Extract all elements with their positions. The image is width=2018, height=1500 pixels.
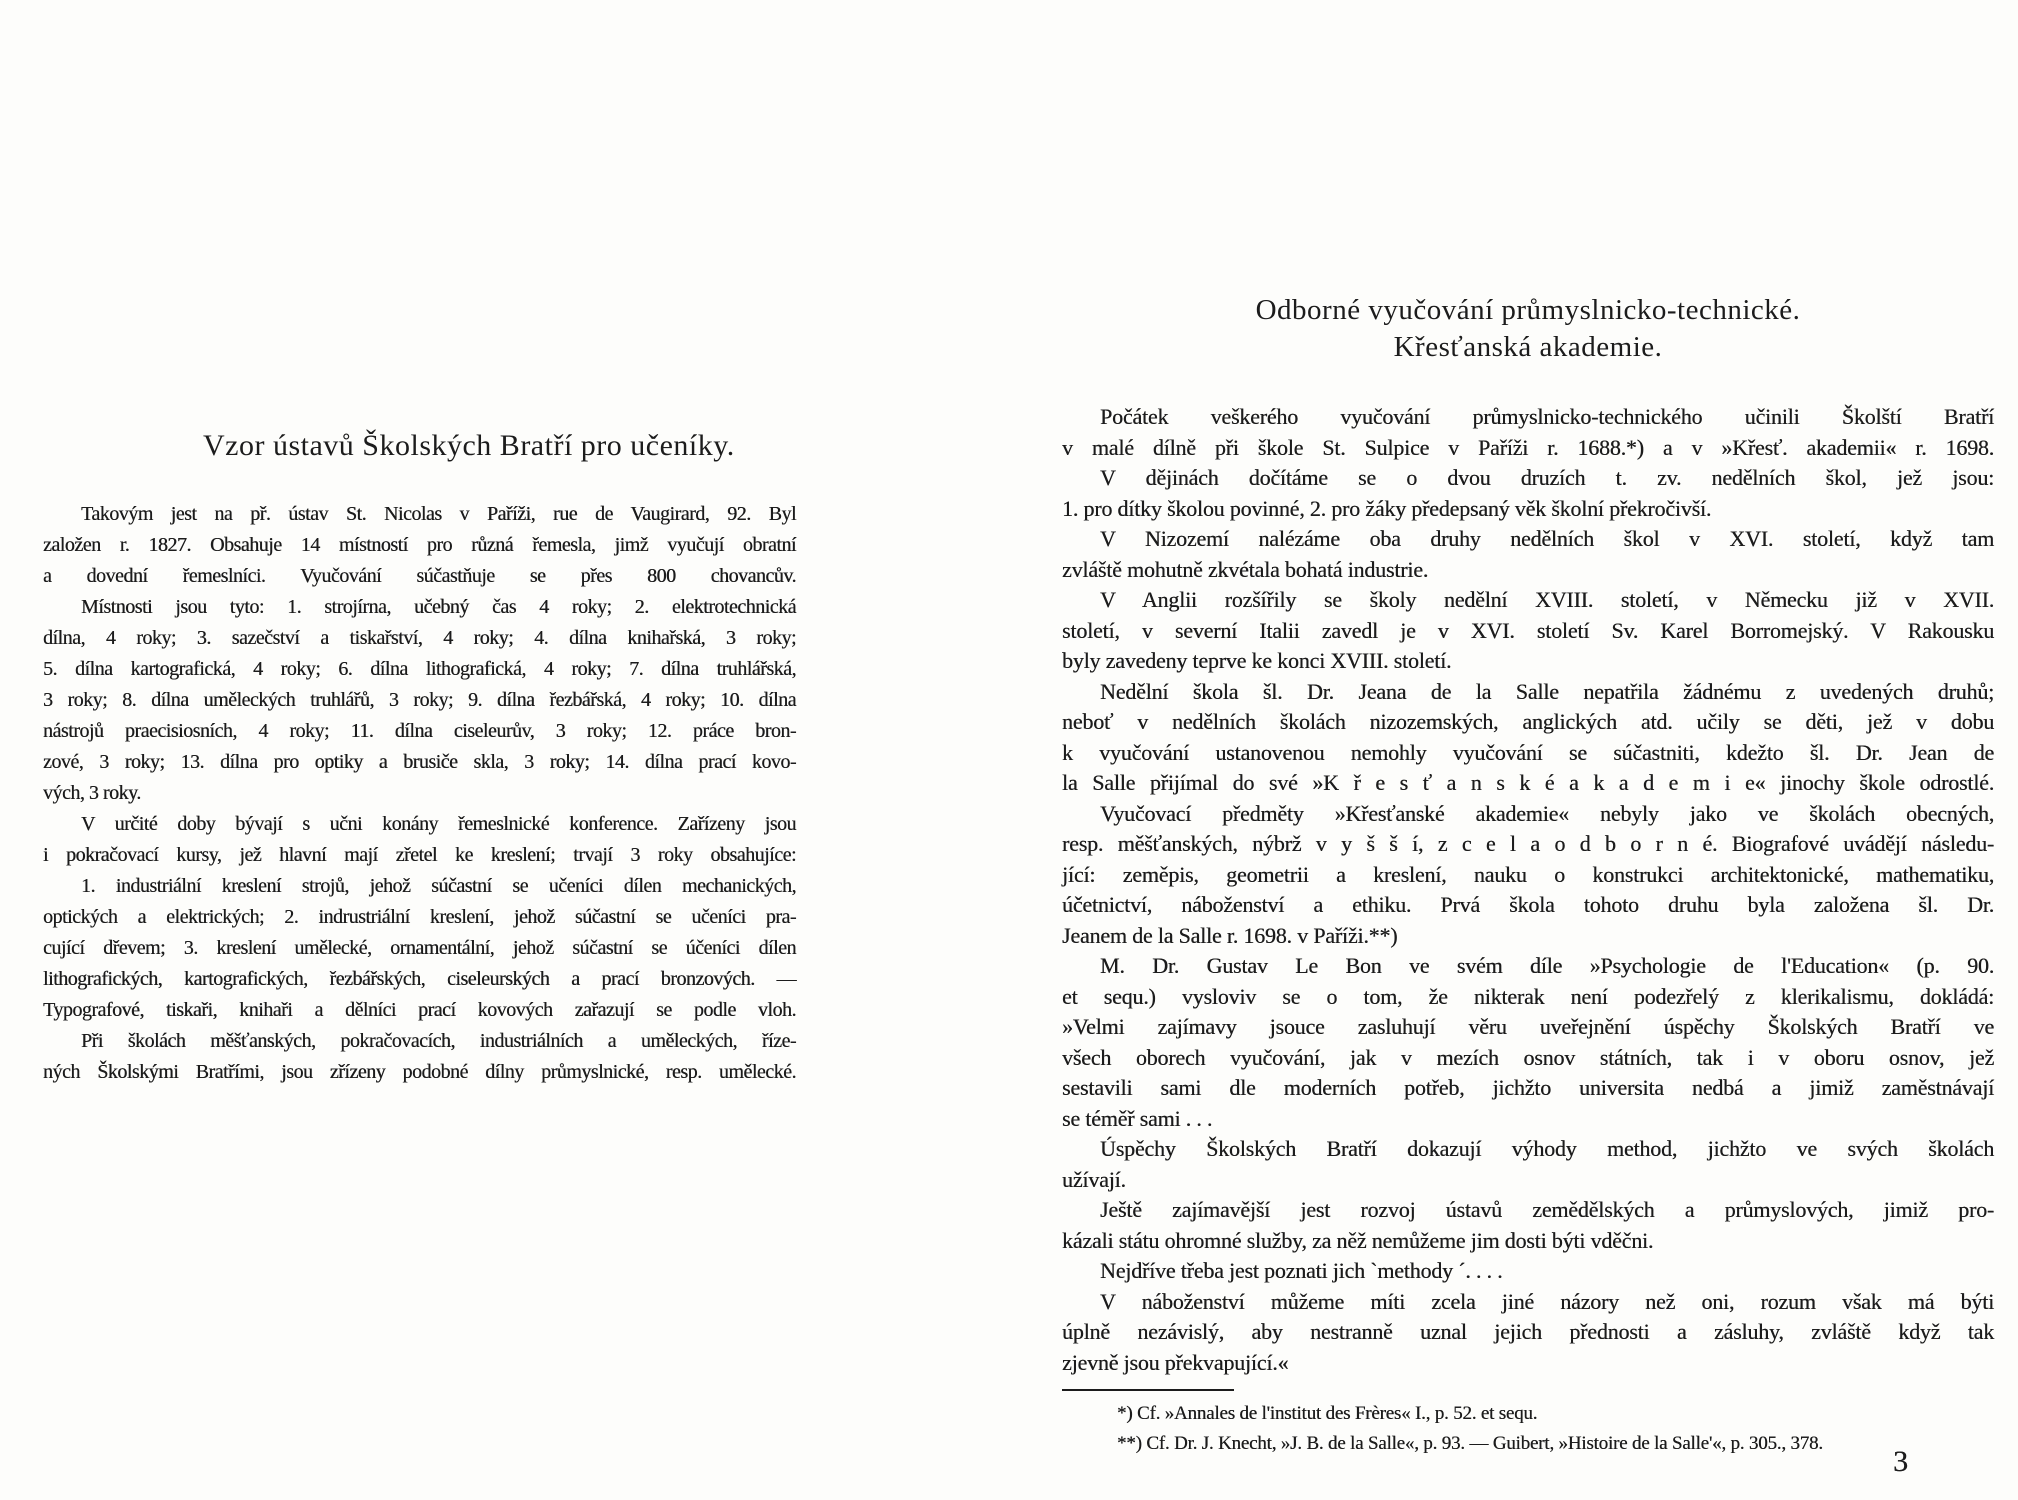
footnotes: *) Cf. »Annales de l'institut des Frères… <box>1062 1399 2002 1458</box>
right-column-text-line: k vyučování ustanovenou nemohly vyučován… <box>1062 738 1994 769</box>
right-column-text-line: Nejdříve třeba jest poznati jich `method… <box>1062 1256 1994 1287</box>
footnote-line: **) Cf. Dr. J. Knecht, »J. B. de la Sall… <box>1062 1429 2002 1459</box>
right-column-text-line: Úspěchy Školských Bratří dokazují výhody… <box>1062 1134 1994 1165</box>
right-column-text-line: jící: zeměpis, geometrii a kreslení, nau… <box>1062 860 1994 891</box>
left-column-text-line: zové, 3 roky; 13. dílna pro optiky a bru… <box>43 747 796 778</box>
right-column-text-line: V Nizozemí nalézáme oba druhy nedělních … <box>1062 524 1994 555</box>
right-column-text-line: Jeanem de la Salle r. 1698. v Paříži.**) <box>1062 921 1994 952</box>
right-column-text-line: úplně nezávislý, aby nestranně uznal jej… <box>1062 1317 1994 1348</box>
right-column-text-line: »Velmi zajímavy jsouce zasluhují věru uv… <box>1062 1012 1994 1043</box>
right-column-text-line: Počátek veškerého vyučování průmyslnicko… <box>1062 402 1994 433</box>
left-column-text-line: 5. dílna kartografická, 4 roky; 6. dílna… <box>43 654 796 685</box>
scanned-book-page: Vzor ústavů Školských Bratří pro učeníky… <box>0 0 2018 1500</box>
left-column-text-line: vých, 3 roky. <box>43 778 796 809</box>
left-column-heading: Vzor ústavů Školských Bratří pro učeníky… <box>203 428 735 464</box>
right-column-text-line: V Anglii rozšířily se školy nedělní XVII… <box>1062 585 1994 616</box>
right-column-text-line: Vyučovací předměty »Křesťanské akademie«… <box>1062 799 1994 830</box>
left-column-text-line: cující dřevem; 3. kreslení umělecké, orn… <box>43 933 796 964</box>
right-column-text-line: M. Dr. Gustav Le Bon ve svém díle »Psych… <box>1062 951 1994 982</box>
right-column-text-line: neboť v nedělních školách nizozemských, … <box>1062 707 1994 738</box>
right-column-text-line: všech oborech vyučování, jak v mezích os… <box>1062 1043 1994 1074</box>
right-column-text-line: V náboženství můžeme míti zcela jiné náz… <box>1062 1287 1994 1318</box>
left-column-text-line: lithografických, kartografických, řezbář… <box>43 964 796 995</box>
right-column-body: Počátek veškerého vyučování průmyslnicko… <box>1062 402 1994 1378</box>
right-column-text-line: zvláště mohutně zkvétala bohatá industri… <box>1062 555 1994 586</box>
right-column-text-line: účetnictví, náboženství a ethiku. Prvá š… <box>1062 890 1994 921</box>
right-column-text-line: la Salle přijímal do své »K ř e s ť a n … <box>1062 768 1994 799</box>
left-column-text-line: dílna, 4 roky; 3. sazečství a tiskařství… <box>43 623 796 654</box>
right-column-text-line: et sequ.) vysloviv se o tom, že nikterak… <box>1062 982 1994 1013</box>
footnote-line: *) Cf. »Annales de l'institut des Frères… <box>1062 1399 2002 1429</box>
left-column-text-line: Místnosti jsou tyto: 1. strojírna, učebn… <box>43 592 796 623</box>
page-number: 3 <box>1893 1446 1908 1478</box>
footnote-separator-rule <box>1062 1389 1234 1391</box>
left-column-text-line: a dovední řemeslníci. Vyučování súčastňu… <box>43 561 796 592</box>
right-column-text-line: Ještě zajímavější jest rozvoj ústavů zem… <box>1062 1195 1994 1226</box>
right-column-heading: Odborné vyučování průmyslnicko-technické… <box>1062 292 1994 366</box>
right-column-text-line: v malé dílně při škole St. Sulpice v Pař… <box>1062 433 1994 464</box>
right-column-text-line: V dějinách dočítáme se o dvou druzích t.… <box>1062 463 1994 494</box>
right-heading-line-2: Křesťanská akademie. <box>1062 329 1994 366</box>
right-column-text-line: Nedělní škola šl. Dr. Jeana de la Salle … <box>1062 677 1994 708</box>
right-column-text-line: 1. pro dítky školou povinné, 2. pro žáky… <box>1062 494 1994 525</box>
left-column-text-line: založen r. 1827. Obsahuje 14 místností p… <box>43 530 796 561</box>
left-column-text-line: i pokračovací kursy, jež hlavní mají zře… <box>43 840 796 871</box>
right-column-text-line: sestavili sami dle moderních potřeb, jic… <box>1062 1073 1994 1104</box>
right-heading-line-1: Odborné vyučování průmyslnicko-technické… <box>1062 292 1994 329</box>
right-column-text-line: byly zavedeny teprve ke konci XVIII. sto… <box>1062 646 1994 677</box>
left-column-body: Takovým jest na př. ústav St. Nicolas v … <box>43 499 796 1088</box>
right-column-text-line: kázali státu ohromné služby, za něž nemů… <box>1062 1226 1994 1257</box>
left-column-text-line: ných Školskými Bratřími, jsou zřízeny po… <box>43 1057 796 1088</box>
right-column-text-line: zjevně jsou překvapující.« <box>1062 1348 1994 1379</box>
right-column-text-line: užívají. <box>1062 1165 1994 1196</box>
left-column-text-line: Při školách měšťanských, pokračovacích, … <box>43 1026 796 1057</box>
left-column-text-line: 3 roky; 8. dílna uměleckých truhlářů, 3 … <box>43 685 796 716</box>
right-column-text-line: se téměř sami . . . <box>1062 1104 1994 1135</box>
left-column-text-line: 1. industriální kreslení strojů, jehož s… <box>43 871 796 902</box>
left-column-text-line: Typografové, tiskaři, knihaři a dělníci … <box>43 995 796 1026</box>
left-column-text-line: Takovým jest na př. ústav St. Nicolas v … <box>43 499 796 530</box>
left-column-text-line: nástrojů praecisiosních, 4 roky; 11. díl… <box>43 716 796 747</box>
right-column-text-line: resp. měšťanských, nýbrž v y š š í, z c … <box>1062 829 1994 860</box>
left-column-text-line: optických a elektrických; 2. indrustriál… <box>43 902 796 933</box>
right-column-text-line: století, v severní Italii zavedl je v XV… <box>1062 616 1994 647</box>
left-column-text-line: V určité doby bývají s učni konány řemes… <box>43 809 796 840</box>
